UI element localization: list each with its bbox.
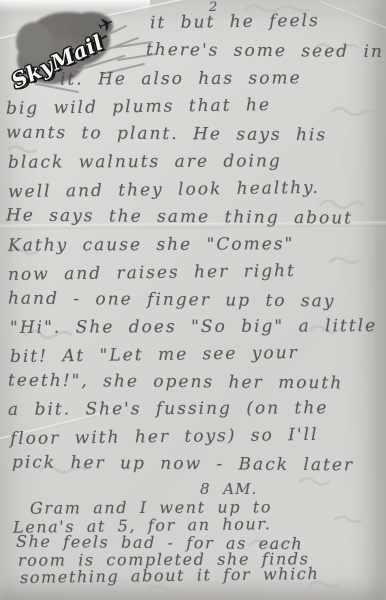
letter-page: ✈ SkyMail 2 it but he feels there's some… [0, 0, 386, 600]
handwritten-line: now and raises her right [8, 261, 296, 285]
handwritten-line: black walnuts are doing [8, 151, 282, 172]
handwritten-line: pick her up now - Back later [12, 453, 354, 476]
handwritten-line: "Hi". She does "So big" a little [10, 316, 377, 338]
handwritten-line: He says the same thing about [6, 205, 353, 228]
handwritten-line: big wild plums that he [6, 95, 271, 119]
handwritten-line: Kathy cause she "Comes" [8, 234, 294, 255]
time-heading: 8 AM. [200, 480, 257, 498]
handwritten-line: teeth!", she opens her mouth [8, 371, 343, 394]
handwritten-line: there's some seed in [146, 40, 384, 62]
handwritten-line: it. He also has some [60, 68, 302, 89]
handwritten-line: a bit. She's fussing (on the [8, 398, 328, 420]
handwritten-line: hand - one finger up to say [8, 289, 336, 312]
handwritten-line: it but he feels [150, 11, 320, 33]
handwritten-line: wants to plant. He says his [6, 123, 327, 146]
handwritten-line: bit! At "Let me see your [10, 343, 299, 367]
